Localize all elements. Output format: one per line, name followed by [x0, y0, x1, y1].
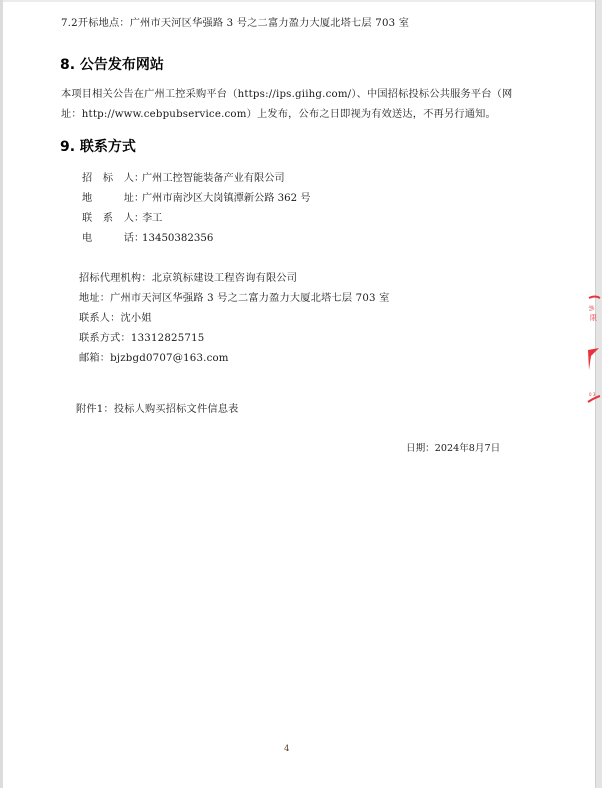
agency-phone: 联系方式：13312825715: [79, 332, 204, 346]
tenderer-address-label: 地 址: [82, 192, 134, 206]
announcement-paragraph-line-2: 址：http://www.cebpubservice.com）上发布，公布之日即…: [61, 108, 496, 122]
announcement-paragraph-line-1: 本项目相关公告在广州工控采购平台（https://ips.giihg.com/）…: [61, 88, 512, 102]
svg-text:圳: 圳: [587, 304, 596, 311]
tenderer-name-label: 招 标 人: [82, 172, 134, 186]
agency-name: 招标代理机构：北京筑标建设工程咨询有限公司: [79, 272, 297, 286]
agency-contact-person: 联系人：沈小姐: [79, 312, 152, 326]
colon: ：: [134, 172, 142, 186]
tenderer-address-value: 广州市南沙区大岗镇潭新公路 362 号: [142, 192, 311, 206]
section-heading-announcement-websites: 8. 公告发布网站: [60, 56, 164, 74]
agency-address: 地址：广州市天河区华强路 3 号之二富力盈力大厦北塔七层 703 室: [79, 292, 390, 306]
svg-text:0 3: 0 3: [589, 392, 596, 397]
tenderer-address-row: 地 址 ： 广州市南沙区大岗镇潭新公路 362 号: [82, 192, 311, 206]
svg-text:限: 限: [590, 313, 597, 322]
tenderer-contact-label: 联 系 人: [82, 212, 134, 226]
tenderer-name-row: 招 标 人 ： 广州工控智能装备产业有限公司: [82, 172, 285, 186]
tenderer-phone-label: 电 话: [82, 232, 134, 246]
red-seal-stamp-icon: 圳 限 0 3: [583, 292, 602, 420]
agency-email: 邮箱：bjzbgd0707@163.com: [79, 352, 229, 366]
tenderer-contact-row: 联 系 人 ： 李工: [82, 212, 162, 226]
colon: ：: [134, 212, 142, 226]
tenderer-phone-value: 13450382356: [142, 232, 213, 246]
colon: ：: [134, 192, 142, 206]
announcement-date: 日期：2024年8月7日: [406, 442, 500, 456]
colon: ：: [134, 232, 142, 246]
attachment-note: 附件1：投标人购买招标文件信息表: [76, 403, 239, 417]
tenderer-name-value: 广州工控智能装备产业有限公司: [142, 172, 285, 186]
tenderer-contact-value: 李工: [142, 212, 162, 226]
tenderer-phone-row: 电 话 ： 13450382356: [82, 232, 213, 246]
bid-opening-location: 7.2开标地点：广州市天河区华强路 3 号之二富力盈力大厦北塔七层 703 室: [61, 17, 409, 31]
page-number: 4: [284, 744, 289, 754]
section-heading-contact: 9. 联系方式: [60, 138, 136, 156]
document-page: 7.2开标地点：广州市天河区华强路 3 号之二富力盈力大厦北塔七层 703 室 …: [3, 2, 595, 788]
